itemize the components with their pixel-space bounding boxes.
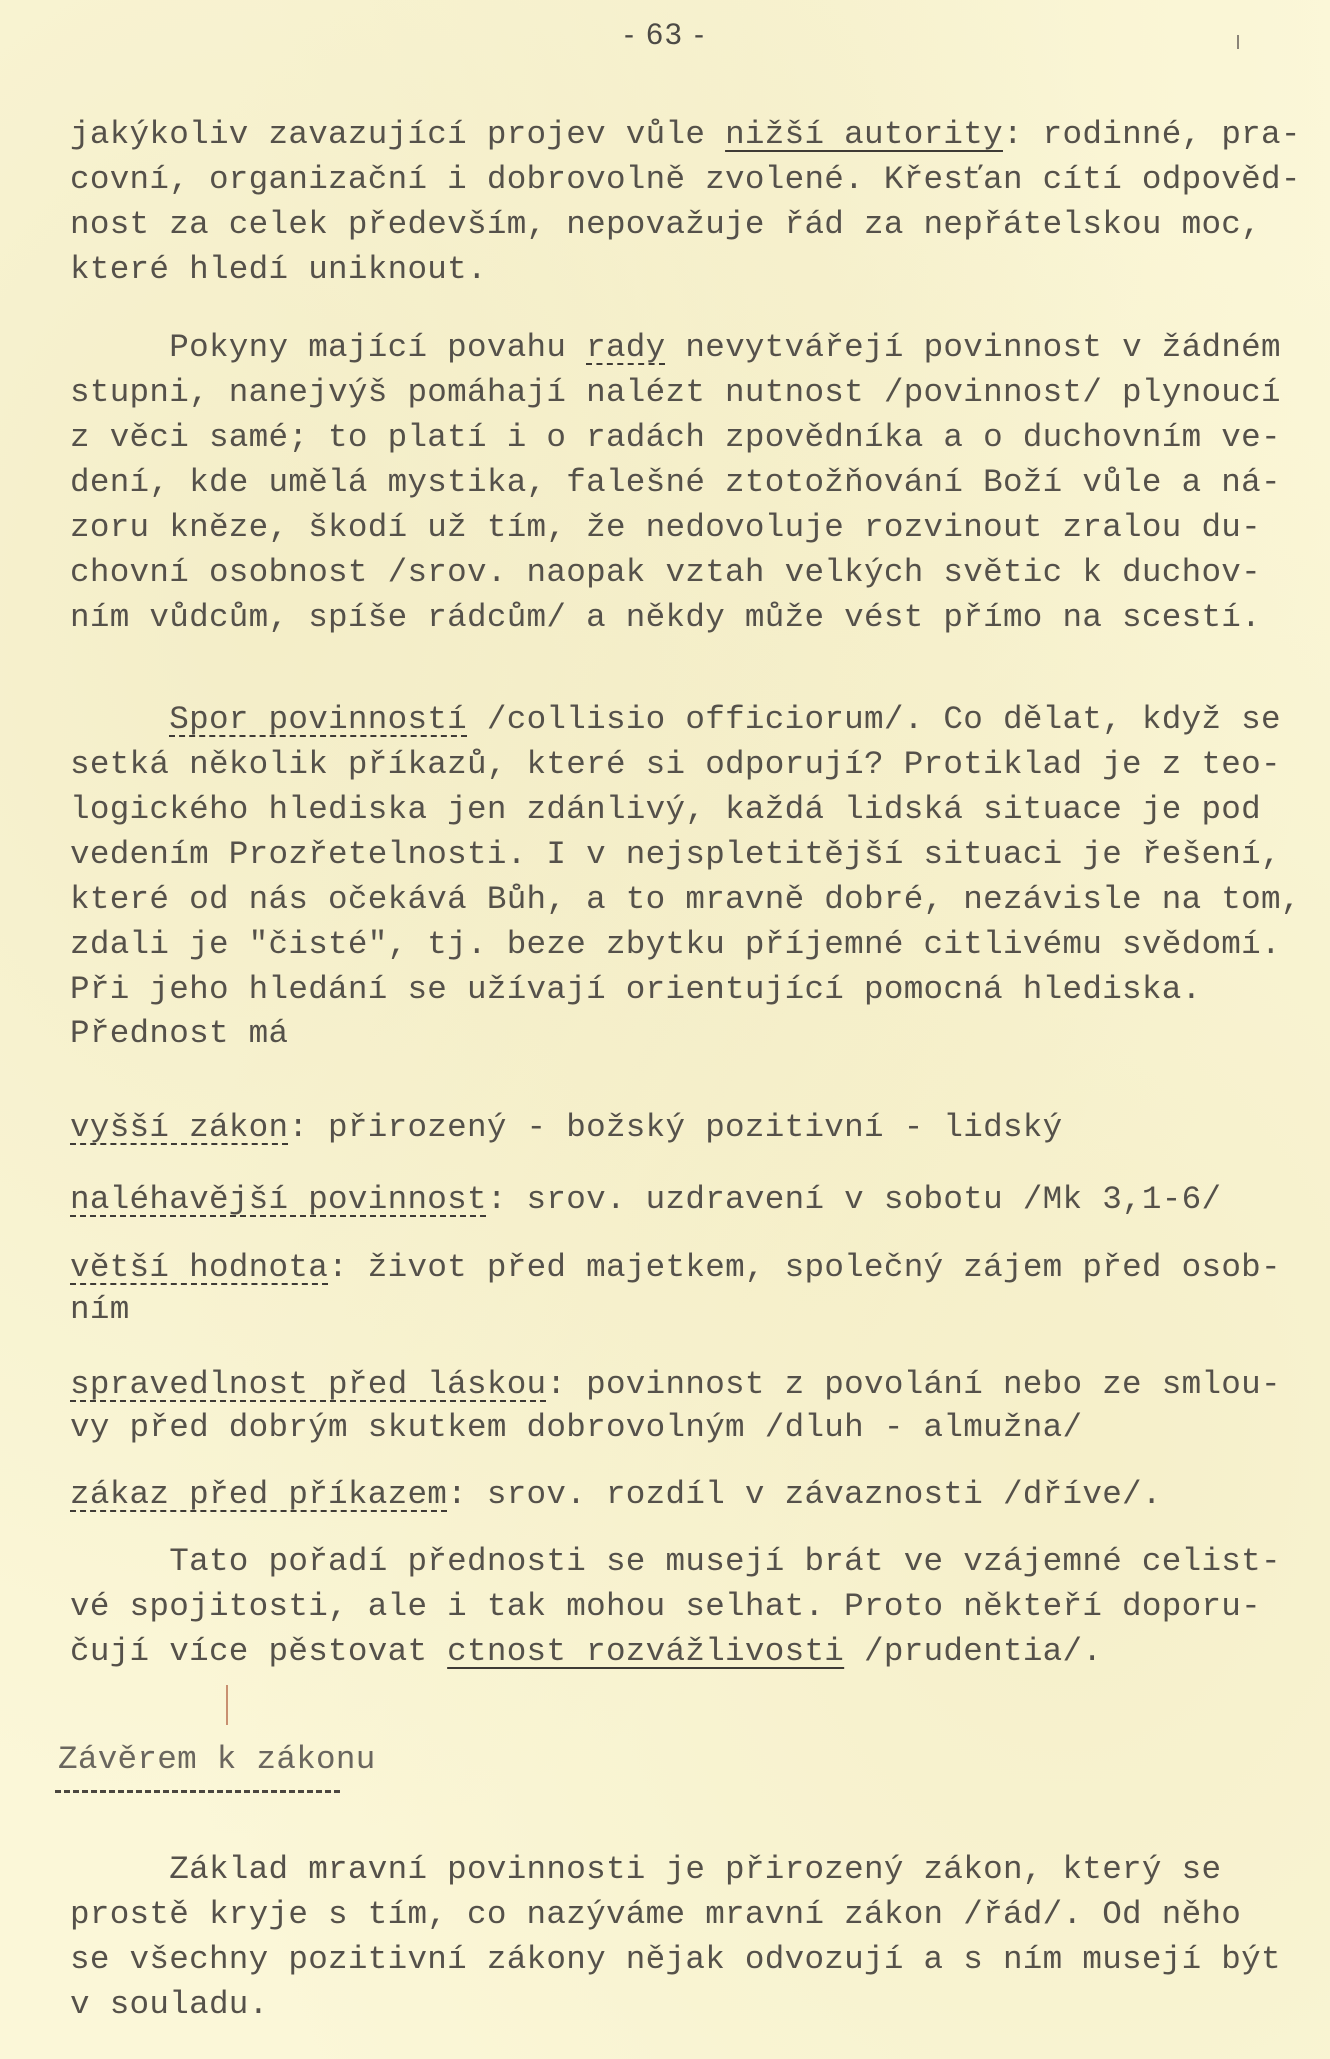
typewritten-page: - 63 - jakýkoliv zavazující projev vůle … bbox=[0, 0, 1330, 2059]
text-line: které hledí uniknout. bbox=[70, 250, 487, 290]
text-line: setká několik příkazů, které si odporují… bbox=[70, 745, 1281, 785]
text-line: Při jeho hledání se užívají orientující … bbox=[70, 970, 1201, 1010]
text-line: prostě kryje s tím, co nazýváme mravní z… bbox=[70, 1895, 1241, 1935]
text-line: čují více pěstovat ctnost rozvážlivosti … bbox=[70, 1632, 1102, 1672]
list-item: spravedlnost před láskou: povinnost z po… bbox=[70, 1365, 1281, 1405]
text-span: nevytvářejí povinnost v žádném bbox=[666, 329, 1281, 366]
text-line: chovní osobnost /srov. naopak vztah velk… bbox=[70, 553, 1261, 593]
text-line: Spor povinností /collisio officiorum/. C… bbox=[70, 700, 1281, 740]
underlined-term: rady bbox=[586, 329, 665, 366]
text-line: nost za celek především, nepovažuje řád … bbox=[70, 205, 1261, 245]
list-term: vyšší zákon bbox=[70, 1109, 288, 1146]
list-text: : přirozený - božský pozitivní - lidský bbox=[288, 1109, 1062, 1146]
list-item-continuation: vy před dobrým skutkem dobrovolným /dluh… bbox=[70, 1408, 1082, 1448]
text-line: vé spojitosti, ale i tak mohou selhat. P… bbox=[70, 1587, 1261, 1627]
list-text: : srov. uzdravení v sobotu /Mk 3,1-6/ bbox=[487, 1181, 1221, 1218]
list-text: : srov. rozdíl v závaznosti /dříve/. bbox=[447, 1476, 1162, 1513]
text-span: Pokyny mající povahu bbox=[70, 329, 586, 366]
text-line: covní, organizační i dobrovolně zvolené.… bbox=[70, 160, 1301, 200]
text-span bbox=[70, 701, 169, 738]
text-line: vedením Prozřetelnosti. I v nejspletitěj… bbox=[70, 835, 1281, 875]
text-line: logického hlediska jen zdánlivý, každá l… bbox=[70, 790, 1261, 830]
text-line: Tato pořadí přednosti se musejí brát ve … bbox=[70, 1542, 1281, 1582]
list-item-continuation: ním bbox=[70, 1290, 130, 1330]
section-heading: Závěrem k zákonu bbox=[58, 1740, 376, 1780]
text-line: z věci samé; to platí i o radách zpovědn… bbox=[70, 418, 1281, 458]
heading-underline bbox=[55, 1790, 340, 1793]
text-line: které od nás očekává Bůh, a to mravně do… bbox=[70, 880, 1301, 920]
underlined-term: nižší autority bbox=[725, 116, 1003, 153]
text-line: se všechny pozitivní zákony nějak odvozu… bbox=[70, 1940, 1281, 1980]
list-text: : povinnost z povolání nebo ze smlou- bbox=[546, 1366, 1280, 1403]
text-line: ním vůdcům, spíše rádcům/ a někdy může v… bbox=[70, 598, 1261, 638]
underlined-term: Spor povinností bbox=[169, 701, 467, 738]
margin-mark bbox=[1237, 35, 1239, 49]
list-term: spravedlnost před láskou bbox=[70, 1366, 546, 1403]
list-text: : život před majetkem, společný zájem př… bbox=[328, 1249, 1281, 1286]
list-item: naléhavější povinnost: srov. uzdravení v… bbox=[70, 1180, 1221, 1220]
text-span: jakýkoliv zavazující projev vůle bbox=[70, 116, 725, 153]
text-line: zoru kněze, škodí už tím, že nedovoluje … bbox=[70, 508, 1261, 548]
underlined-term: ctnost rozvážlivosti bbox=[447, 1633, 844, 1670]
list-item: zákaz před příkazem: srov. rozdíl v záva… bbox=[70, 1475, 1162, 1515]
text-span: /collisio officiorum/. Co dělat, když se bbox=[467, 701, 1281, 738]
text-line: stupni, nanejvýš pomáhají nalézt nutnost… bbox=[70, 373, 1281, 413]
text-span: čují více pěstovat bbox=[70, 1633, 447, 1670]
text-line: Pokyny mající povahu rady nevytvářejí po… bbox=[70, 328, 1281, 368]
text-line: jakýkoliv zavazující projev vůle nižší a… bbox=[70, 115, 1301, 155]
list-item: vyšší zákon: přirozený - božský pozitivn… bbox=[70, 1108, 1063, 1148]
text-line: Základ mravní povinnosti je přirozený zá… bbox=[70, 1850, 1221, 1890]
margin-mark bbox=[226, 1685, 228, 1725]
list-term: zákaz před příkazem bbox=[70, 1476, 447, 1513]
list-term: větší hodnota bbox=[70, 1249, 328, 1286]
text-line: zdali je "čisté", tj. beze zbytku příjem… bbox=[70, 925, 1281, 965]
text-line: v souladu. bbox=[70, 1985, 269, 2025]
list-term: naléhavější povinnost bbox=[70, 1181, 487, 1218]
list-item: větší hodnota: život před majetkem, spol… bbox=[70, 1248, 1281, 1288]
text-span: /prudentia/. bbox=[844, 1633, 1102, 1670]
text-span: : rodinné, pra- bbox=[1003, 116, 1301, 153]
text-line: dení, kde umělá mystika, falešné ztotožň… bbox=[70, 463, 1281, 503]
text-line: Přednost má bbox=[70, 1014, 288, 1054]
page-number: - 63 - bbox=[0, 18, 1330, 52]
